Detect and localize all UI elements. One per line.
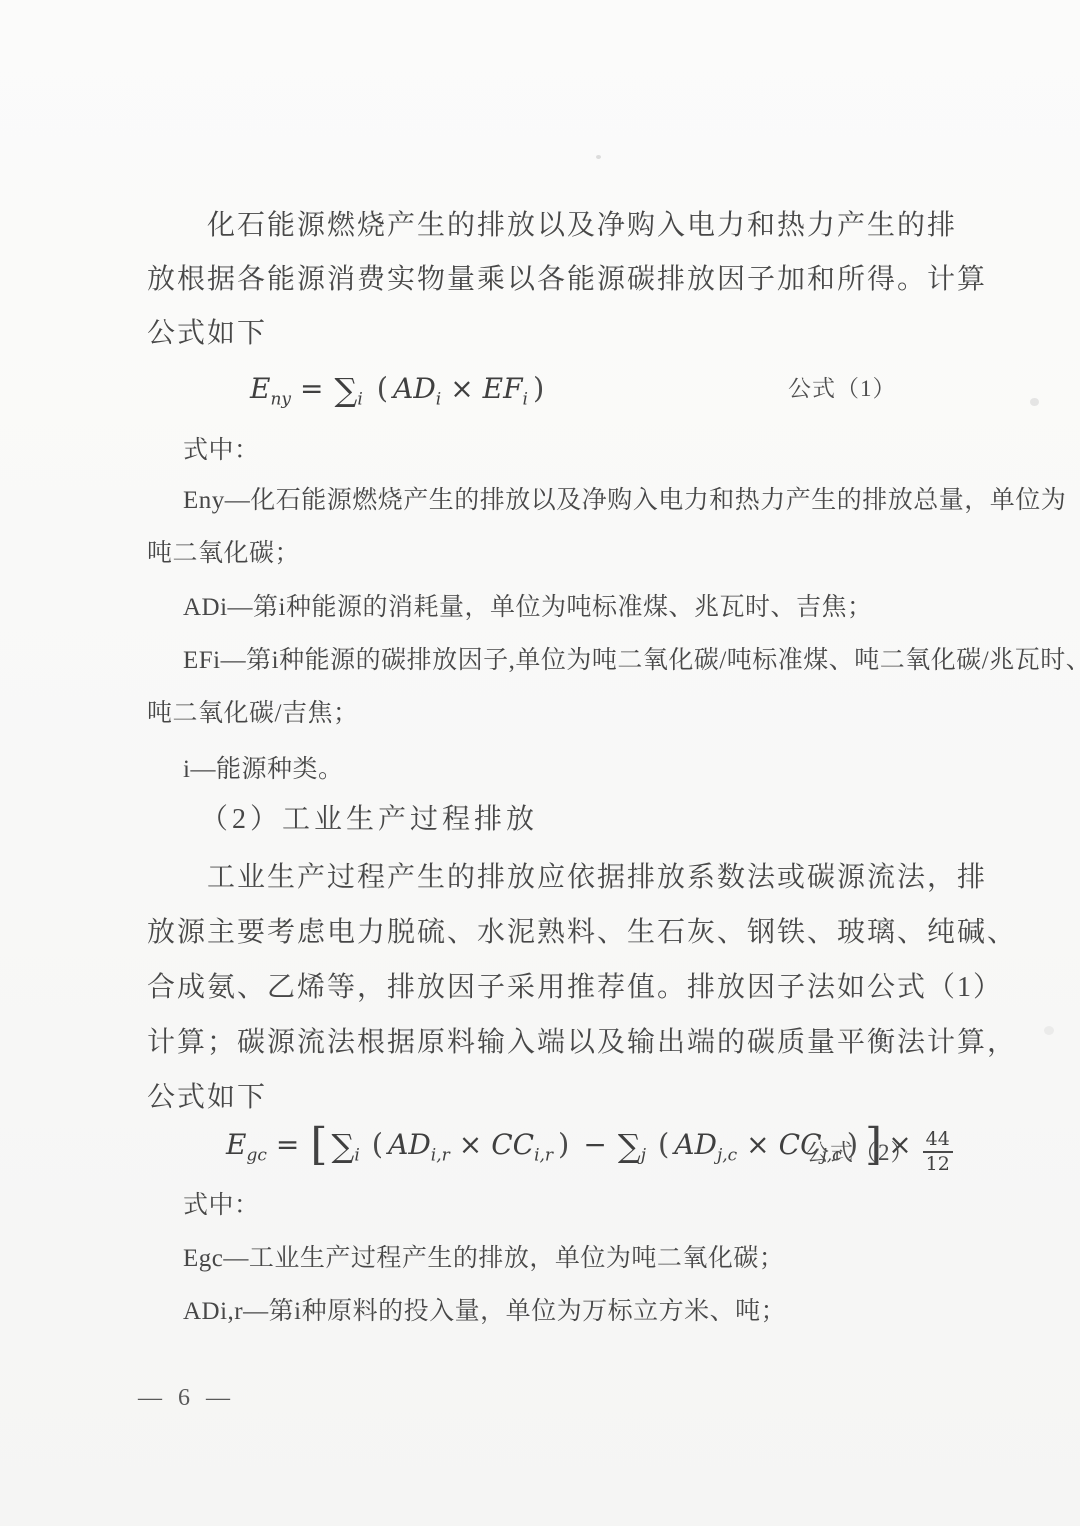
minus-sign: −	[583, 1128, 606, 1161]
paren-open: (	[377, 371, 388, 405]
def-adi: ADi—第i种能源的消耗量，单位为吨标准煤、兆瓦时、吉焦；	[183, 594, 873, 623]
def-i: i—能源种类。	[183, 756, 343, 785]
paren-open-2: (	[658, 1127, 669, 1161]
scan-speck	[1044, 1026, 1054, 1035]
math-sub-ir: i,r	[431, 1146, 450, 1166]
formula-1-label: 公式（1）	[788, 376, 897, 402]
times-sign-2: ×	[746, 1128, 769, 1161]
def-eny-line1: Eny—化石能源燃烧产生的排放以及净购入电力和热力产生的排放总量，单位为	[183, 487, 1066, 516]
document-page: 化石能源燃烧产生的排放以及净购入电力和热力产生的排 放根据各能源消费实物量乘以各…	[0, 0, 1080, 1526]
page-number: — 6 —	[138, 1385, 235, 1413]
section-heading-2: （2）工业生产过程排放	[200, 804, 538, 836]
para2-line4: 计算；碳源流法根据原料输入端以及输出端的碳质量平衡法计算，	[147, 1027, 1017, 1059]
math-var-E: E	[250, 372, 270, 405]
times-sign-1: ×	[459, 1128, 482, 1161]
math-sub-gc: gc	[246, 1146, 266, 1166]
math-var-AD2: AD	[674, 1128, 717, 1161]
where-label-1: 式中：	[183, 437, 260, 466]
where-label-2: 式中：	[183, 1192, 260, 1221]
math-sub-ny: ny	[270, 390, 291, 410]
def-efi-line2: 吨二氧化碳/吉焦；	[147, 700, 358, 729]
def-adir: ADi,r—第i种原料的投入量，单位为万标立方米、吨；	[183, 1298, 786, 1327]
math-sub-i2: i	[523, 390, 528, 410]
sigma-symbol: ∑	[334, 371, 357, 409]
scan-speck	[1030, 398, 1039, 406]
fraction-44-12: 4412	[923, 1129, 953, 1175]
def-egc: Egc—工业生产过程产生的排放，单位为吨二氧化碳；	[183, 1245, 784, 1274]
math-var-AD: AD	[393, 372, 436, 405]
para1-line3: 公式如下	[147, 318, 267, 350]
para2-line3: 合成氨、乙烯等，排放因子采用推荐值。排放因子法如公式（1）	[147, 972, 1003, 1004]
math-equals-2: =	[276, 1128, 299, 1161]
math-var-E2: E	[226, 1128, 246, 1161]
paren-close-1: )	[558, 1127, 569, 1161]
para2-line2: 放源主要考虑电力脱硫、水泥熟料、生石灰、钢铁、玻璃、纯碱、	[147, 917, 1017, 949]
paren-open-1: (	[372, 1127, 383, 1161]
formula-1: Eny=∑i(ADi×EFi)	[250, 372, 549, 410]
para1-line2: 放根据各能源消费实物量乘以各能源碳排放因子加和所得。计算	[147, 264, 987, 296]
math-var-CC1: CC	[491, 1128, 534, 1161]
times-sign: ×	[450, 372, 473, 405]
def-efi-line1: EFi—第i种能源的碳排放因子,单位为吨二氧化碳/吨标准煤、吨二氧化碳/兆瓦时、	[183, 647, 1080, 676]
def-eny-line2: 吨二氧化碳；	[147, 540, 300, 569]
sigma-symbol-1: ∑	[332, 1127, 355, 1165]
math-equals: =	[300, 372, 323, 405]
sigma-sub-i: i	[354, 1146, 359, 1166]
para2-line1: 工业生产过程产生的排放应依据排放系数法或碳源流法，排	[207, 862, 987, 894]
math-sub-jc: j,c	[717, 1146, 737, 1166]
math-sub-ir2: i,r	[534, 1146, 553, 1166]
math-var-EF: EF	[483, 372, 523, 405]
para1-line1: 化石能源燃烧产生的排放以及净购入电力和热力产生的排	[207, 210, 957, 242]
fraction-denominator: 12	[923, 1153, 953, 1175]
fraction-numerator: 44	[923, 1129, 953, 1153]
scan-speck	[596, 155, 601, 159]
math-sub-i: i	[436, 390, 441, 410]
bracket-open: [	[310, 1119, 327, 1170]
para2-line5: 公式如下	[147, 1082, 267, 1114]
sigma-sub-i: i	[357, 390, 362, 410]
math-var-AD1: AD	[388, 1128, 431, 1161]
paren-close: )	[533, 371, 544, 405]
sigma-sub-j: j	[641, 1146, 646, 1166]
sigma-symbol-2: ∑	[618, 1127, 641, 1165]
formula-2-label: 公式（2）	[806, 1140, 915, 1166]
